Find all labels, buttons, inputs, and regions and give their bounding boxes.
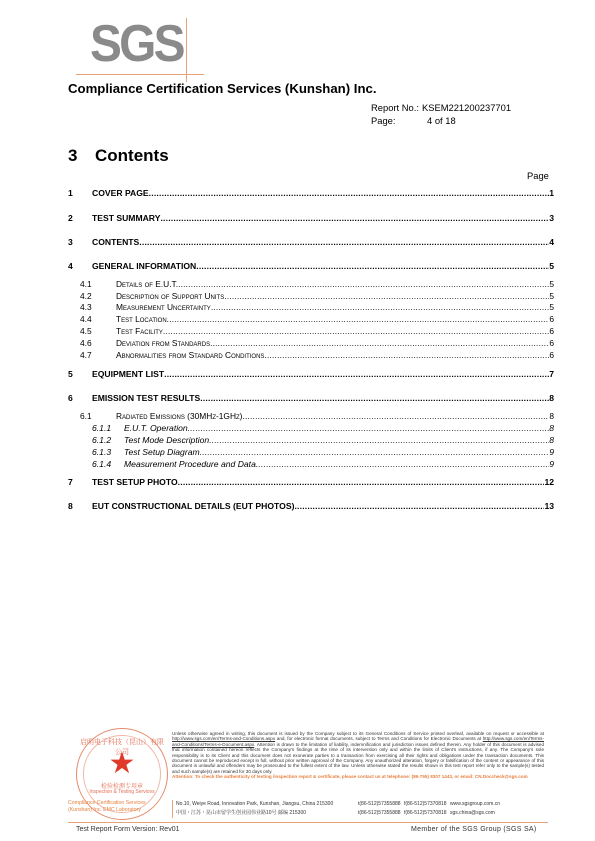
toc-leader-dots	[242, 411, 549, 421]
toc-title: Abnormalities from Standard Conditions	[116, 350, 264, 360]
toc-number: 4.2	[68, 291, 116, 301]
toc-entry[interactable]: 6.1Radiated Emissions (30MHz-1GHz)8	[68, 411, 554, 421]
toc-leader-dots	[178, 477, 545, 487]
toc-leader-dots	[294, 501, 544, 511]
toc-number: 4.4	[68, 314, 116, 324]
toc-page: 12	[544, 477, 554, 487]
toc-title: Radiated Emissions (30MHz-1GHz)	[116, 411, 242, 421]
terms-link[interactable]: http://www.sgs.com/en/Terms-and-Conditio…	[172, 736, 275, 741]
toc-leader-dots	[139, 237, 549, 247]
footer-divider	[68, 822, 548, 823]
toc-title: GENERAL INFORMATION	[92, 261, 196, 271]
toc-entry[interactable]: 4.1Details of E.U.T.5	[68, 279, 554, 289]
toc-entry[interactable]: 2TEST SUMMARY3	[68, 213, 554, 223]
toc-entry[interactable]: 4.3Measurement Uncertainty5	[68, 302, 554, 312]
toc-entry[interactable]: 6.1.1E.U.T. Operation8	[68, 423, 554, 433]
disclaimer-text: Unless otherwise agreed in writing, this…	[172, 731, 544, 736]
company-name: Compliance Certification Services (Kunsh…	[68, 81, 377, 96]
toc-page: 3	[549, 213, 554, 223]
toc-entry[interactable]: 6.1.3Test Setup Diagram9	[68, 447, 554, 457]
toc-page: 5	[549, 291, 554, 301]
toc-leader-dots	[224, 291, 549, 301]
toc-number: 6	[68, 393, 92, 403]
toc-number: 6.1.3	[68, 447, 124, 457]
toc-entry[interactable]: 1COVER PAGE1	[68, 188, 554, 198]
toc-page: 8	[549, 411, 554, 421]
address-block: No.10, Weiye Road, Innovation Park, Kuns…	[172, 800, 551, 818]
toc-entry[interactable]: 8EUT CONSTRUCTIONAL DETAILS (EUT PHOTOS)…	[68, 501, 554, 511]
toc-number: 8	[68, 501, 92, 511]
toc-page: 6	[549, 338, 554, 348]
toc-entry[interactable]: 4.6Deviation from Standards6	[68, 338, 554, 348]
report-no-value: KSEM221200237701	[422, 101, 511, 114]
page-value: 4 of 18	[427, 114, 456, 127]
toc-entry[interactable]: 4.2Description of Support Units5	[68, 291, 554, 301]
toc-page: 7	[549, 369, 554, 379]
toc-page: 5	[549, 302, 554, 312]
toc-title: Test Setup Diagram	[124, 447, 200, 457]
toc-number: 4.6	[68, 338, 116, 348]
toc-leader-dots	[209, 435, 549, 445]
toc-title: Test Facility	[116, 326, 163, 336]
toc-leader-dots	[160, 213, 549, 223]
logo-horizontal-rule	[76, 74, 204, 75]
toc-page: 5	[549, 279, 554, 289]
toc-entry[interactable]: 6EMISSION TEST RESULTS8	[68, 393, 554, 403]
authenticity-notice: Attention: To check the authenticity of …	[172, 774, 544, 779]
section-title: Contents	[95, 146, 169, 166]
toc-number: 4.1	[68, 279, 116, 289]
toc-number: 6.1.4	[68, 459, 124, 469]
toc-leader-dots	[211, 302, 550, 312]
toc-number: 6.1	[68, 411, 116, 421]
telephone: t(86-512)57355888	[358, 809, 404, 818]
address-cn: 中国・江苏・昆山市留学生创业园伟业路10号 邮编 215300	[176, 809, 358, 818]
toc-page: 8	[549, 393, 554, 403]
toc-title: Details of E.U.T.	[116, 279, 178, 289]
toc-number: 4.3	[68, 302, 116, 312]
fax: f(86-512)57370818	[404, 800, 450, 809]
toc-number: 6.1.2	[68, 435, 124, 445]
toc-entry[interactable]: 4GENERAL INFORMATION5	[68, 261, 554, 271]
toc-entry[interactable]: 3CONTENTS4	[68, 237, 554, 247]
toc-number: 1	[68, 188, 92, 198]
toc-number: 7	[68, 477, 92, 487]
fax: f(86-512)57370818	[404, 809, 450, 818]
toc-entry[interactable]: 5EQUIPMENT LIST7	[68, 369, 554, 379]
toc-title: Test Location	[116, 314, 167, 324]
toc-leader-dots	[188, 423, 550, 433]
disclaimer-text: and, for electronic format documents, su…	[275, 736, 483, 741]
email[interactable]: sgs.china@sgs.com	[450, 809, 495, 818]
toc-leader-dots	[163, 326, 549, 336]
toc-page: 6	[549, 314, 554, 324]
toc-title: TEST SUMMARY	[92, 213, 160, 223]
toc-page: 6	[549, 350, 554, 360]
toc-title: EQUIPMENT LIST	[92, 369, 164, 379]
toc-number: 4	[68, 261, 92, 271]
toc-leader-dots	[264, 350, 549, 360]
toc-title: E.U.T. Operation	[124, 423, 188, 433]
toc-page: 6	[549, 326, 554, 336]
toc-entry[interactable]: 6.1.2Test Mode Description8	[68, 435, 554, 445]
toc-entry[interactable]: 4.7Abnormalities from Standard Condition…	[68, 350, 554, 360]
toc-number: 6.1.1	[68, 423, 124, 433]
form-version: Test Report Form Version: Rev01	[76, 826, 180, 833]
toc-number: 4.5	[68, 326, 116, 336]
section-heading: 3 Contents	[68, 146, 169, 166]
toc-leader-dots	[167, 314, 550, 324]
stamp-lab-text: Compliance Certification Services (Kunsh…	[68, 800, 163, 814]
logo-text: SGS	[90, 18, 183, 70]
sgs-logo: SGS	[68, 14, 198, 74]
toc-page: 8	[549, 423, 554, 433]
disclaimer-text: . Attention is drawn to the limitation o…	[172, 742, 544, 774]
toc-title: COVER PAGE	[92, 188, 149, 198]
toc-title: Measurement Procedure and Data	[124, 459, 256, 469]
toc-leader-dots	[210, 338, 549, 348]
toc-page: 9	[549, 459, 554, 469]
toc-number: 3	[68, 237, 92, 247]
toc-title: Description of Support Units	[116, 291, 224, 301]
toc-entry[interactable]: 7TEST SETUP PHOTO12	[68, 477, 554, 487]
toc-number: 2	[68, 213, 92, 223]
legal-disclaimer: Unless otherwise agreed in writing, this…	[172, 731, 544, 780]
toc-page: 13	[544, 501, 554, 511]
page-column-label: Page	[527, 170, 549, 181]
toc-leader-dots	[200, 447, 550, 457]
report-no-label: Report No.:	[371, 101, 419, 114]
toc-number: 4.7	[68, 350, 116, 360]
toc-number: 5	[68, 369, 92, 379]
toc-title: TEST SETUP PHOTO	[92, 477, 178, 487]
toc-page: 1	[549, 188, 554, 198]
logo-vertical-rule	[186, 18, 187, 82]
toc-entry[interactable]: 4.5Test Facility6	[68, 326, 554, 336]
toc-leader-dots	[256, 459, 549, 469]
toc-page: 4	[549, 237, 554, 247]
toc-leader-dots	[149, 188, 550, 198]
toc-title: EUT CONSTRUCTIONAL DETAILS (EUT PHOTOS)	[92, 501, 294, 511]
toc-title: CONTENTS	[92, 237, 139, 247]
toc-entry[interactable]: 4.4Test Location6	[68, 314, 554, 324]
telephone: t(86-512)57355888	[358, 800, 404, 809]
sgs-member-note: Member of the SGS Group (SGS SA)	[411, 826, 537, 833]
toc-leader-dots	[178, 279, 549, 289]
toc-title: EMISSION TEST RESULTS	[92, 393, 200, 403]
page-label: Page:	[371, 114, 427, 127]
toc-leader-dots	[200, 393, 549, 403]
star-icon: ★	[77, 749, 167, 779]
toc-leader-dots	[196, 261, 549, 271]
address-en: No.10, Weiye Road, Innovation Park, Kuns…	[176, 800, 358, 809]
website[interactable]: www.sgsgroup.com.cn	[450, 800, 500, 809]
toc-entry[interactable]: 6.1.4Measurement Procedure and Data9	[68, 459, 554, 469]
stamp-en-text: Inspection & Testing Services	[77, 789, 167, 795]
toc-page: 5	[549, 261, 554, 271]
section-number: 3	[68, 146, 95, 166]
report-meta: Report No.: KSEM221200237701 Page: 4 of …	[371, 101, 511, 127]
toc-title: Deviation from Standards	[116, 338, 210, 348]
toc-page: 9	[549, 447, 554, 457]
toc-leader-dots	[164, 369, 549, 379]
toc-page: 8	[549, 435, 554, 445]
toc-title: Test Mode Description	[124, 435, 209, 445]
toc-title: Measurement Uncertainty	[116, 302, 211, 312]
